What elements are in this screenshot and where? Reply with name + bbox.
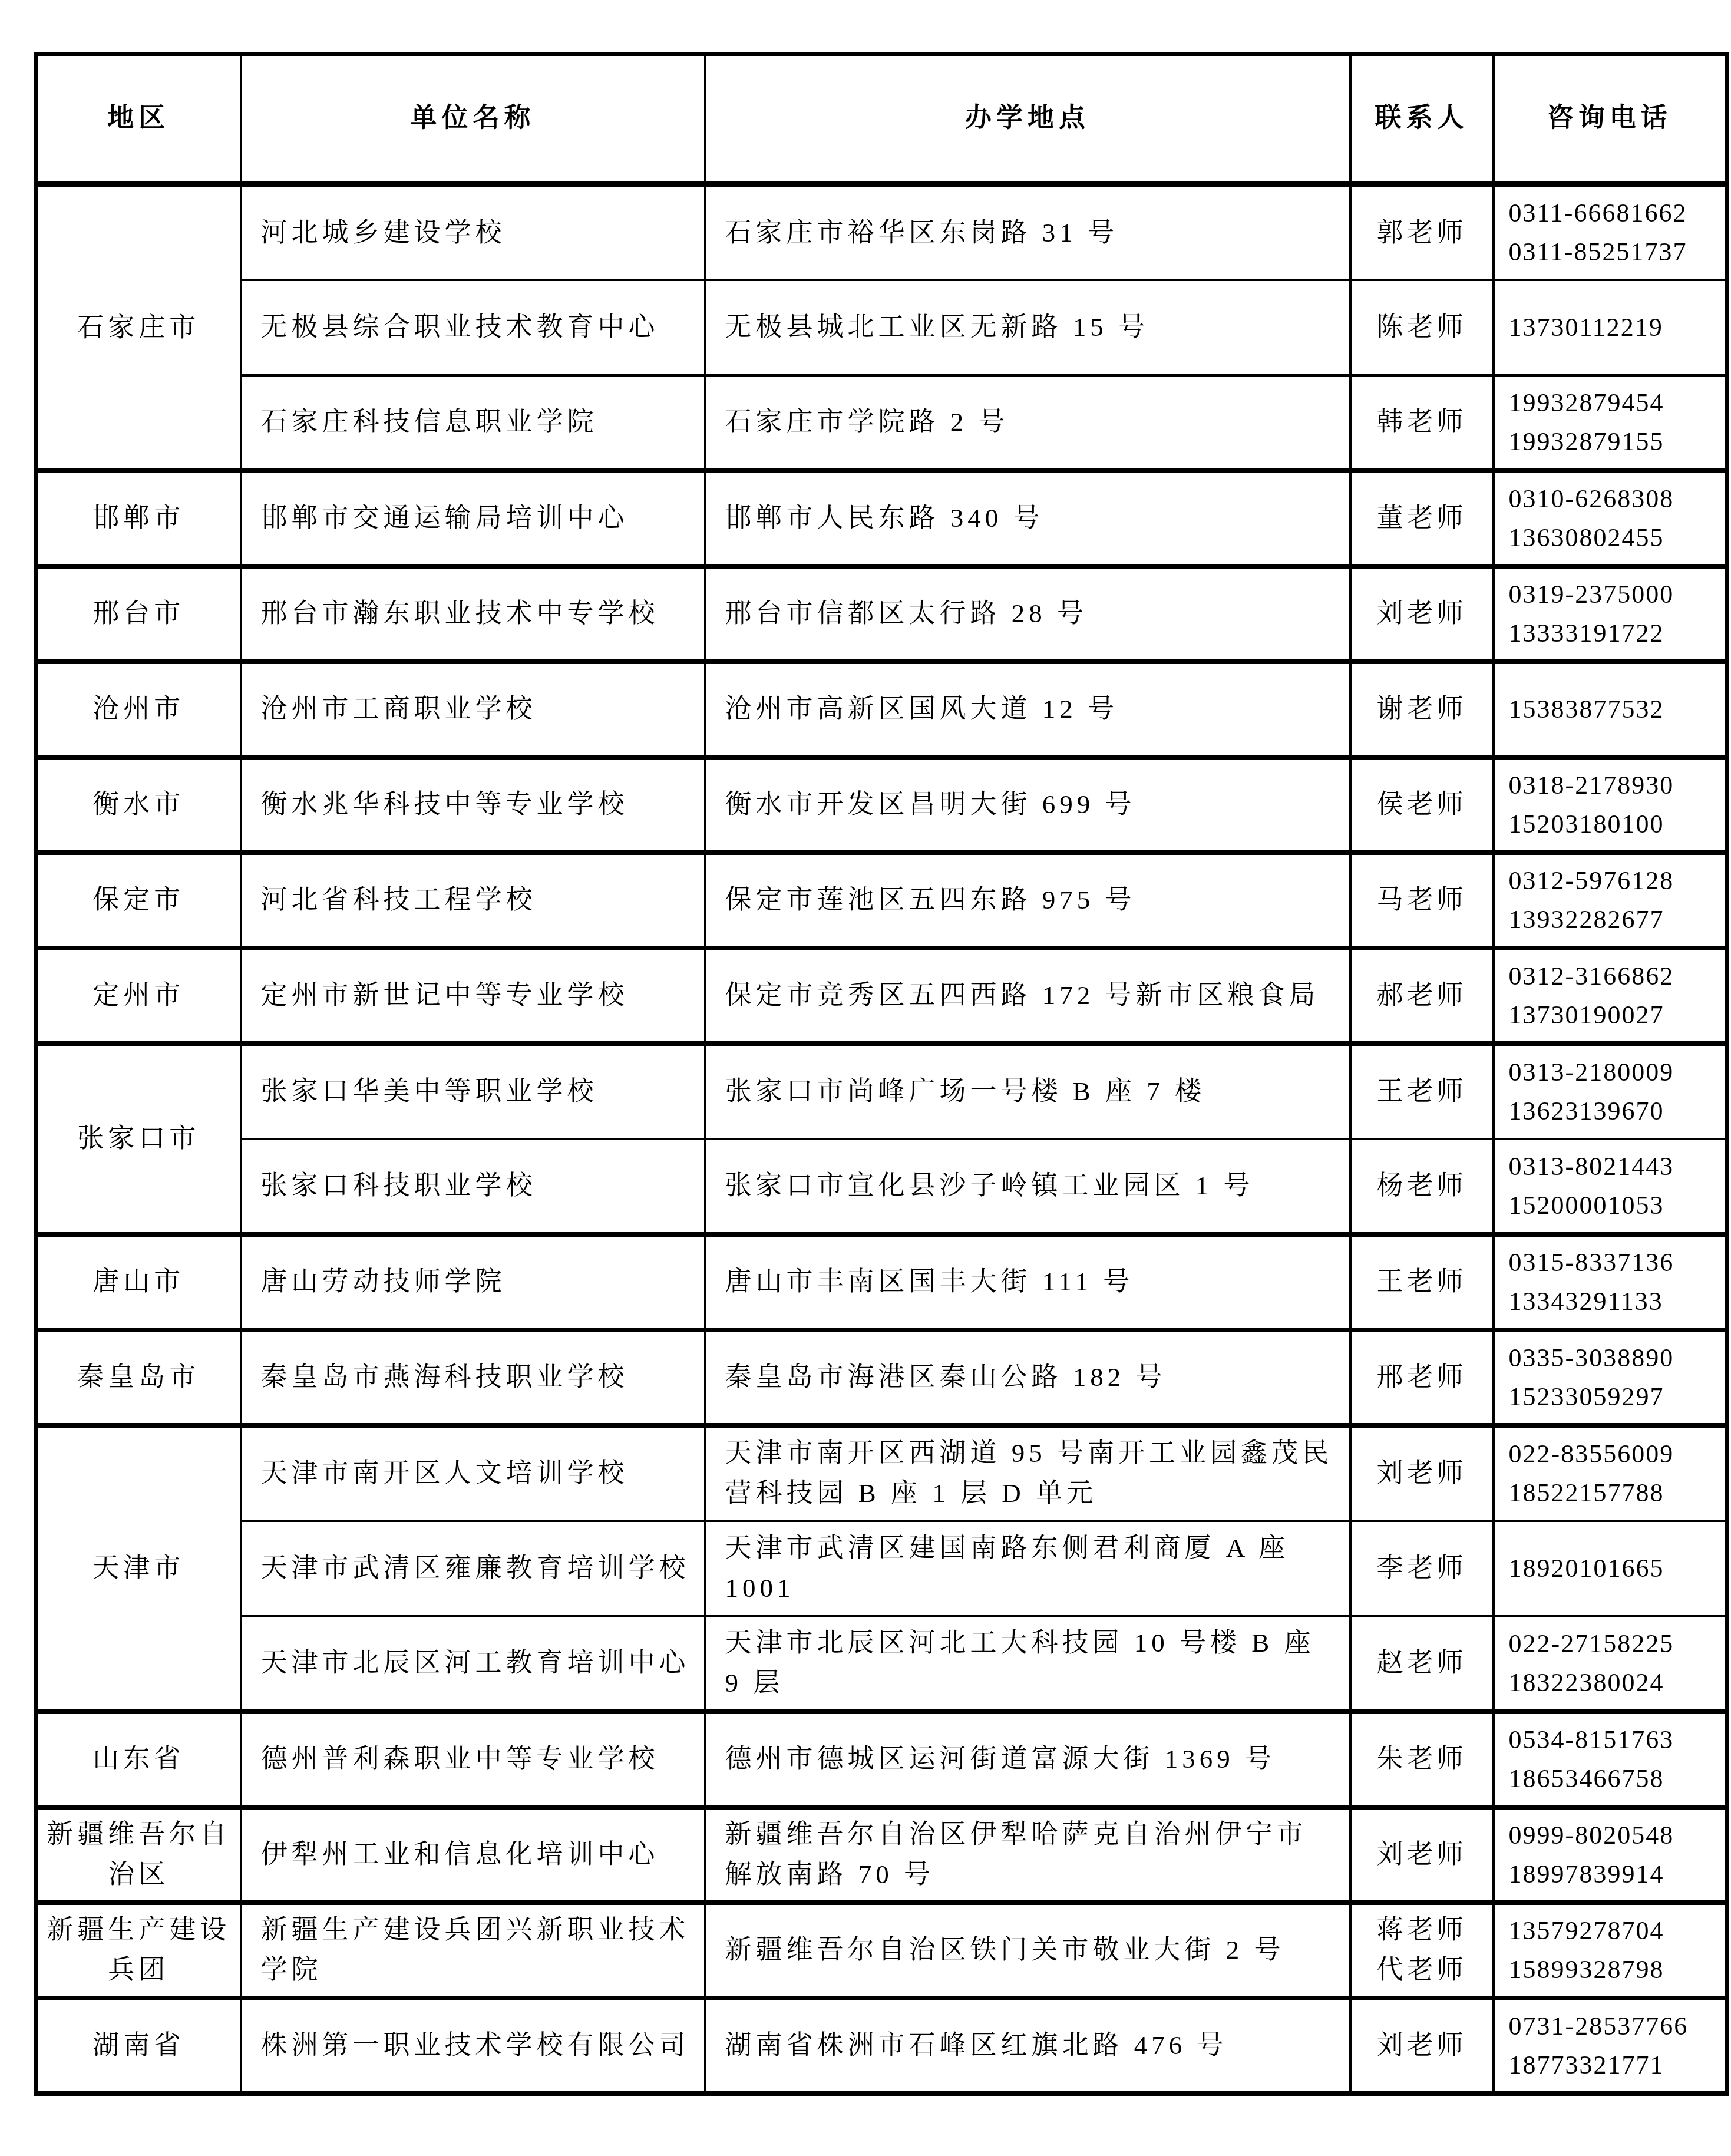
phone-cell: 13579278704 15899328798 — [1494, 1903, 1727, 1998]
region-cell: 唐山市 — [36, 1234, 241, 1330]
col-header-region: 地区 — [36, 54, 241, 184]
address-cell: 沧州市高新区国风大道 12 号 — [705, 662, 1350, 757]
phone-number: 13333191722 — [1509, 614, 1720, 653]
phone-cell: 15383877532 — [1494, 662, 1727, 757]
contact-cell: 韩老师 — [1350, 375, 1494, 471]
phone-cell: 0335-3038890 15233059297 — [1494, 1330, 1727, 1425]
school-name-cell: 定州市新世记中等专业学校 — [241, 948, 705, 1044]
region-cell: 邯郸市 — [36, 471, 241, 566]
phone-number: 022-27158225 — [1509, 1625, 1720, 1663]
region-cell: 新疆生产建设兵团 — [36, 1903, 241, 1998]
phone-cell: 0312-5976128 13932282677 — [1494, 853, 1727, 948]
region-cell: 新疆维吾尔自治区 — [36, 1807, 241, 1903]
table-row: 石家庄市 河北城乡建设学校 石家庄市裕华区东岗路 31 号 郭老师 0311-6… — [36, 184, 1727, 280]
table-row: 新疆维吾尔自治区 伊犁州工业和信息化培训中心 新疆维吾尔自治区伊犁哈萨克自治州伊… — [36, 1807, 1727, 1903]
address-cell: 秦皇岛市海港区秦山公路 182 号 — [705, 1330, 1350, 1425]
phone-number: 15200001053 — [1509, 1186, 1720, 1225]
school-name-cell: 无极县综合职业技术教育中心 — [241, 280, 705, 375]
phone-number: 18920101665 — [1509, 1549, 1720, 1588]
phone-cell: 0313-8021443 15200001053 — [1494, 1139, 1727, 1234]
contact-cell: 蒋老师 代老师 — [1350, 1903, 1494, 1998]
phone-cell: 19932879454 19932879155 — [1494, 375, 1727, 471]
school-name-cell: 邯郸市交通运输局培训中心 — [241, 471, 705, 566]
phone-number: 19932879454 — [1509, 384, 1720, 422]
contact-cell: 刘老师 — [1350, 1998, 1494, 2094]
phone-number: 13623139670 — [1509, 1092, 1720, 1131]
contact-cell: 侯老师 — [1350, 757, 1494, 853]
school-name-cell: 天津市南开区人文培训学校 — [241, 1425, 705, 1521]
phone-number: 0311-66681662 — [1509, 194, 1720, 233]
table-row: 衡水市 衡水兆华科技中等专业学校 衡水市开发区昌明大街 699 号 侯老师 03… — [36, 757, 1727, 853]
phone-number: 13630802455 — [1509, 519, 1720, 557]
phone-number: 13343291133 — [1509, 1282, 1720, 1321]
region-cell: 石家庄市 — [36, 184, 241, 471]
header-row: 地区 单位名称 办学地点 联系人 咨询电话 — [36, 54, 1727, 184]
table-row: 山东省 德州普利森职业中等专业学校 德州市德城区运河街道富源大街 1369 号 … — [36, 1712, 1727, 1807]
school-name-cell: 河北城乡建设学校 — [241, 184, 705, 280]
contact-name: 代老师 — [1356, 1950, 1488, 1990]
phone-cell: 18920101665 — [1494, 1521, 1727, 1616]
phone-cell: 0318-2178930 15203180100 — [1494, 757, 1727, 853]
phone-number: 15203180100 — [1509, 805, 1720, 844]
contact-cell: 郭老师 — [1350, 184, 1494, 280]
phone-number: 18522157788 — [1509, 1474, 1720, 1513]
address-cell: 保定市莲池区五四东路 975 号 — [705, 853, 1350, 948]
address-cell: 衡水市开发区昌明大街 699 号 — [705, 757, 1350, 853]
address-cell: 张家口市尚峰广场一号楼 B 座 7 楼 — [705, 1044, 1350, 1139]
phone-cell: 0731-28537766 18773321771 — [1494, 1998, 1727, 2094]
school-name-cell: 张家口科技职业学校 — [241, 1139, 705, 1234]
contact-cell: 杨老师 — [1350, 1139, 1494, 1234]
address-cell: 无极县城北工业区无新路 15 号 — [705, 280, 1350, 375]
phone-number: 18653466758 — [1509, 1759, 1720, 1798]
address-cell: 石家庄市学院路 2 号 — [705, 375, 1350, 471]
phone-cell: 0311-66681662 0311-85251737 — [1494, 184, 1727, 280]
contact-cell: 王老师 — [1350, 1044, 1494, 1139]
phone-number: 0313-8021443 — [1509, 1147, 1720, 1186]
phone-number: 0312-5976128 — [1509, 861, 1720, 900]
region-cell: 天津市 — [36, 1425, 241, 1712]
phone-number: 13579278704 — [1509, 1911, 1720, 1950]
phone-number: 18773321771 — [1509, 2046, 1720, 2085]
address-cell: 石家庄市裕华区东岗路 31 号 — [705, 184, 1350, 280]
col-header-phone: 咨询电话 — [1494, 54, 1727, 184]
school-name-cell: 沧州市工商职业学校 — [241, 662, 705, 757]
training-sites-table: 地区 单位名称 办学地点 联系人 咨询电话 石家庄市 河北城乡建设学校 石家庄市… — [34, 52, 1729, 2096]
phone-number: 18322380024 — [1509, 1663, 1720, 1702]
school-name-cell: 天津市北辰区河工教育培训中心 — [241, 1616, 705, 1712]
table-row: 石家庄科技信息职业学院 石家庄市学院路 2 号 韩老师 19932879454 … — [36, 375, 1727, 471]
contact-name: 蒋老师 — [1356, 1910, 1488, 1950]
region-cell: 山东省 — [36, 1712, 241, 1807]
col-header-address: 办学地点 — [705, 54, 1350, 184]
table-row: 天津市 天津市南开区人文培训学校 天津市南开区西湖道 95 号南开工业园鑫茂民营… — [36, 1425, 1727, 1521]
phone-number: 0318-2178930 — [1509, 766, 1720, 805]
school-name-cell: 伊犁州工业和信息化培训中心 — [241, 1807, 705, 1903]
table-row: 邯郸市 邯郸市交通运输局培训中心 邯郸市人民东路 340 号 董老师 0310-… — [36, 471, 1727, 566]
phone-number: 13730190027 — [1509, 996, 1720, 1035]
phone-number: 13932282677 — [1509, 900, 1720, 939]
contact-cell: 朱老师 — [1350, 1712, 1494, 1807]
region-cell: 秦皇岛市 — [36, 1330, 241, 1425]
school-name-cell: 德州普利森职业中等专业学校 — [241, 1712, 705, 1807]
table-row: 邢台市 邢台市瀚东职业技术中专学校 邢台市信都区太行路 28 号 刘老师 031… — [36, 566, 1727, 662]
phone-number: 0312-3166862 — [1509, 957, 1720, 996]
table-row: 张家口市 张家口华美中等职业学校 张家口市尚峰广场一号楼 B 座 7 楼 王老师… — [36, 1044, 1727, 1139]
table-row: 新疆生产建设兵团 新疆生产建设兵团兴新职业技术学院 新疆维吾尔自治区铁门关市敬业… — [36, 1903, 1727, 1998]
contact-cell: 刘老师 — [1350, 1807, 1494, 1903]
phone-cell: 13730112219 — [1494, 280, 1727, 375]
contact-cell: 董老师 — [1350, 471, 1494, 566]
col-header-contact: 联系人 — [1350, 54, 1494, 184]
phone-cell: 0999-8020548 18997839914 — [1494, 1807, 1727, 1903]
phone-number: 15899328798 — [1509, 1950, 1720, 1989]
table-row: 天津市武清区雍廉教育培训学校 天津市武清区建国南路东侧君利商厦 A 座 1001… — [36, 1521, 1727, 1616]
phone-number: 0534-8151763 — [1509, 1721, 1720, 1759]
address-cell: 保定市竞秀区五四西路 172 号新市区粮食局 — [705, 948, 1350, 1044]
table-row: 保定市 河北省科技工程学校 保定市莲池区五四东路 975 号 马老师 0312-… — [36, 853, 1727, 948]
phone-number: 0335-3038890 — [1509, 1339, 1720, 1378]
col-header-unit-name: 单位名称 — [241, 54, 705, 184]
address-cell: 邯郸市人民东路 340 号 — [705, 471, 1350, 566]
contact-cell: 李老师 — [1350, 1521, 1494, 1616]
school-name-cell: 唐山劳动技师学院 — [241, 1234, 705, 1330]
region-cell: 沧州市 — [36, 662, 241, 757]
table-row: 无极县综合职业技术教育中心 无极县城北工业区无新路 15 号 陈老师 13730… — [36, 280, 1727, 375]
region-cell: 张家口市 — [36, 1044, 241, 1234]
phone-number: 19932879155 — [1509, 422, 1720, 461]
phone-number: 18997839914 — [1509, 1855, 1720, 1894]
address-cell: 天津市北辰区河北工大科技园 10 号楼 B 座 9 层 — [705, 1616, 1350, 1712]
region-cell: 衡水市 — [36, 757, 241, 853]
school-name-cell: 秦皇岛市燕海科技职业学校 — [241, 1330, 705, 1425]
phone-cell: 0313-2180009 13623139670 — [1494, 1044, 1727, 1139]
phone-number: 13730112219 — [1509, 308, 1720, 347]
region-cell: 邢台市 — [36, 566, 241, 662]
phone-cell: 0312-3166862 13730190027 — [1494, 948, 1727, 1044]
address-cell: 天津市南开区西湖道 95 号南开工业园鑫茂民营科技园 B 座 1 层 D 单元 — [705, 1425, 1350, 1521]
contact-cell: 郝老师 — [1350, 948, 1494, 1044]
phone-cell: 022-83556009 18522157788 — [1494, 1425, 1727, 1521]
table-row: 天津市北辰区河工教育培训中心 天津市北辰区河北工大科技园 10 号楼 B 座 9… — [36, 1616, 1727, 1712]
phone-cell: 0534-8151763 18653466758 — [1494, 1712, 1727, 1807]
table-row: 秦皇岛市 秦皇岛市燕海科技职业学校 秦皇岛市海港区秦山公路 182 号 邢老师 … — [36, 1330, 1727, 1425]
phone-number: 0731-28537766 — [1509, 2007, 1720, 2046]
phone-cell: 0319-2375000 13333191722 — [1494, 566, 1727, 662]
school-name-cell: 新疆生产建设兵团兴新职业技术学院 — [241, 1903, 705, 1998]
table-row: 张家口科技职业学校 张家口市宣化县沙子岭镇工业园区 1 号 杨老师 0313-8… — [36, 1139, 1727, 1234]
contact-cell: 谢老师 — [1350, 662, 1494, 757]
phone-number: 0310-6268308 — [1509, 480, 1720, 519]
address-cell: 天津市武清区建国南路东侧君利商厦 A 座 1001 — [705, 1521, 1350, 1616]
phone-number: 0311-85251737 — [1509, 233, 1720, 272]
school-name-cell: 河北省科技工程学校 — [241, 853, 705, 948]
table-row: 湖南省 株洲第一职业技术学校有限公司 湖南省株洲市石峰区红旗北路 476 号 刘… — [36, 1998, 1727, 2094]
school-name-cell: 石家庄科技信息职业学院 — [241, 375, 705, 471]
phone-number: 15233059297 — [1509, 1378, 1720, 1417]
address-cell: 邢台市信都区太行路 28 号 — [705, 566, 1350, 662]
table-row: 唐山市 唐山劳动技师学院 唐山市丰南区国丰大街 111 号 王老师 0315-8… — [36, 1234, 1727, 1330]
table-row: 沧州市 沧州市工商职业学校 沧州市高新区国风大道 12 号 谢老师 153838… — [36, 662, 1727, 757]
phone-number: 0999-8020548 — [1509, 1816, 1720, 1855]
contact-cell: 刘老师 — [1350, 566, 1494, 662]
school-name-cell: 株洲第一职业技术学校有限公司 — [241, 1998, 705, 2094]
school-name-cell: 张家口华美中等职业学校 — [241, 1044, 705, 1139]
contact-cell: 邢老师 — [1350, 1330, 1494, 1425]
phone-cell: 0315-8337136 13343291133 — [1494, 1234, 1727, 1330]
phone-number: 0319-2375000 — [1509, 575, 1720, 614]
address-cell: 湖南省株洲市石峰区红旗北路 476 号 — [705, 1998, 1350, 2094]
contact-cell: 王老师 — [1350, 1234, 1494, 1330]
region-cell: 湖南省 — [36, 1998, 241, 2094]
phone-number: 15383877532 — [1509, 690, 1720, 729]
address-cell: 唐山市丰南区国丰大街 111 号 — [705, 1234, 1350, 1330]
address-cell: 新疆维吾尔自治区铁门关市敬业大街 2 号 — [705, 1903, 1350, 1998]
address-cell: 德州市德城区运河街道富源大街 1369 号 — [705, 1712, 1350, 1807]
address-cell: 新疆维吾尔自治区伊犁哈萨克自治州伊宁市解放南路 70 号 — [705, 1807, 1350, 1903]
school-name-cell: 衡水兆华科技中等专业学校 — [241, 757, 705, 853]
contact-cell: 陈老师 — [1350, 280, 1494, 375]
region-cell: 定州市 — [36, 948, 241, 1044]
school-name-cell: 邢台市瀚东职业技术中专学校 — [241, 566, 705, 662]
school-name-cell: 天津市武清区雍廉教育培训学校 — [241, 1521, 705, 1616]
phone-number: 0313-2180009 — [1509, 1053, 1720, 1092]
region-cell: 保定市 — [36, 853, 241, 948]
table-row: 定州市 定州市新世记中等专业学校 保定市竞秀区五四西路 172 号新市区粮食局 … — [36, 948, 1727, 1044]
phone-number: 0315-8337136 — [1509, 1243, 1720, 1282]
address-cell: 张家口市宣化县沙子岭镇工业园区 1 号 — [705, 1139, 1350, 1234]
contact-cell: 刘老师 — [1350, 1425, 1494, 1521]
phone-cell: 022-27158225 18322380024 — [1494, 1616, 1727, 1712]
phone-cell: 0310-6268308 13630802455 — [1494, 471, 1727, 566]
contact-cell: 马老师 — [1350, 853, 1494, 948]
phone-number: 022-83556009 — [1509, 1435, 1720, 1474]
contact-cell: 赵老师 — [1350, 1616, 1494, 1712]
